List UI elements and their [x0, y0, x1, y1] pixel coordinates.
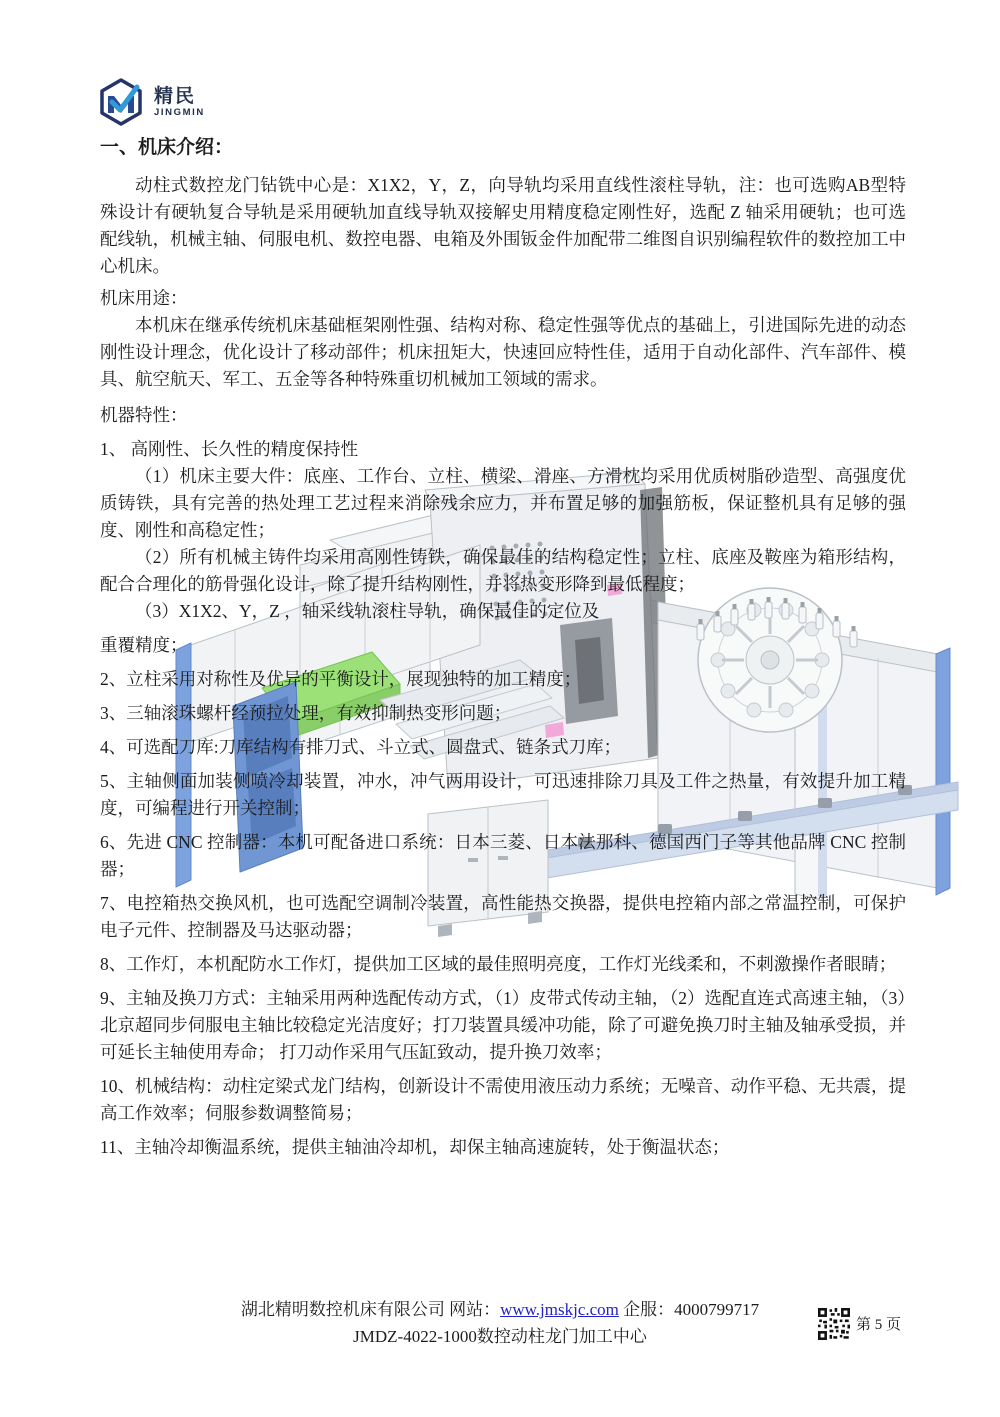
footer-website-link[interactable]: www.jmskjc.com	[500, 1300, 619, 1319]
feature-item-3: 3、三轴滚珠螺杆经预拉处理，有效抑制热变形问题；	[100, 700, 906, 727]
section-heading: 一、机床介绍：	[100, 134, 906, 162]
brand-name-cn: 精民	[154, 87, 205, 106]
feature-item-10: 10、机械结构：动柱定梁式龙门结构，创新设计不需使用液压动力系统；无噪音、动作平…	[100, 1073, 906, 1127]
feature-item-1-sub-3: （3）X1X2、Y，Z ，轴采线轨滚柱导轨，确保最佳的定位及	[100, 598, 906, 625]
feature-item-2: 2、立柱采用对称性及优异的平衡设计，展现独特的加工精度；	[100, 666, 906, 693]
footer-company-line: 湖北精明数控机床有限公司 网站：www.jmskjc.com 企服：400079…	[95, 1296, 905, 1323]
feature-item-1-sub-2: （2）所有机械主铸件均采用高刚性铸铁，确保最佳的结构稳定性；立柱、底座及鞍座为箱…	[100, 544, 906, 598]
feature-item-6: 6、先进 CNC 控制器：本机可配备进口系统：日本三菱、日本法那科、德国西门子等…	[100, 829, 906, 883]
feature-item-7: 7、电控箱热交换风机，也可选配空调制冷装置，高性能热交换器，提供电控箱内部之常温…	[100, 890, 906, 944]
feature-item-1-sub-3-cont: 重覆精度；	[100, 632, 906, 659]
usage-label: 机床用途：	[100, 285, 906, 312]
company-logo: 精民 JINGMIN	[95, 76, 205, 128]
features-label: 机器特性：	[100, 402, 906, 429]
feature-item-9: 9、主轴及换刀方式：主轴采用两种选配传动方式，（1）皮带式传动主轴，（2）选配直…	[100, 985, 906, 1066]
footer-company: 湖北精明数控机床有限公司	[241, 1300, 445, 1319]
document-content: 一、机床介绍： 动柱式数控龙门钻铣中心是：X1X2，Y，Z，向导轨均采用直线性滚…	[100, 134, 906, 1161]
logo-hexagon-icon	[95, 76, 147, 128]
usage-paragraph: 本机床在继承传统机床基础框架刚性强、结构对称、稳定性强等优点的基础上，引进国际先…	[100, 312, 906, 393]
document-page: 精民 JINGMIN 一、机床介绍： 动柱式数控龙门钻铣中心是：X1X2，Y，Z…	[0, 0, 1000, 1417]
footer-model-line: JMDZ-4022-1000数控动柱龙门加工中心	[95, 1323, 905, 1350]
page-footer: 湖北精明数控机床有限公司 网站：www.jmskjc.com 企服：400079…	[0, 1296, 1000, 1350]
feature-item-5: 5、主轴侧面加装侧喷冷却装置，冲水，冲气两用设计，可迅速排除刀具及工件之热量，有…	[100, 768, 906, 822]
intro-paragraph: 动柱式数控龙门钻铣中心是：X1X2，Y，Z，向导轨均采用直线性滚柱导轨，注：也可…	[100, 172, 906, 280]
footer-service-phone: 4000799717	[674, 1300, 759, 1319]
footer-service-label: 企服：	[619, 1300, 674, 1319]
feature-item-8: 8、工作灯，本机配防水工作灯，提供加工区域的最佳照明亮度，工作灯光线柔和，不刺激…	[100, 951, 906, 978]
feature-item-1-title: 1、 高刚性、长久性的精度保持性	[100, 436, 906, 463]
feature-item-4: 4、可选配刀库:刀库结构有排刀式、斗立式、圆盘式、链条式刀库；	[100, 734, 906, 761]
footer-site-label: 网站：	[445, 1300, 500, 1319]
feature-item-1-sub-1: （1）机床主要大件：底座、工作台、立柱、横梁、滑座、方滑枕均采用优质树脂砂造型、…	[100, 463, 906, 544]
brand-name-en: JINGMIN	[154, 108, 205, 118]
feature-item-11: 11、主轴冷却衡温系统，提供主轴油冷却机，却保主轴高速旋转，处于衡温状态；	[100, 1134, 906, 1161]
